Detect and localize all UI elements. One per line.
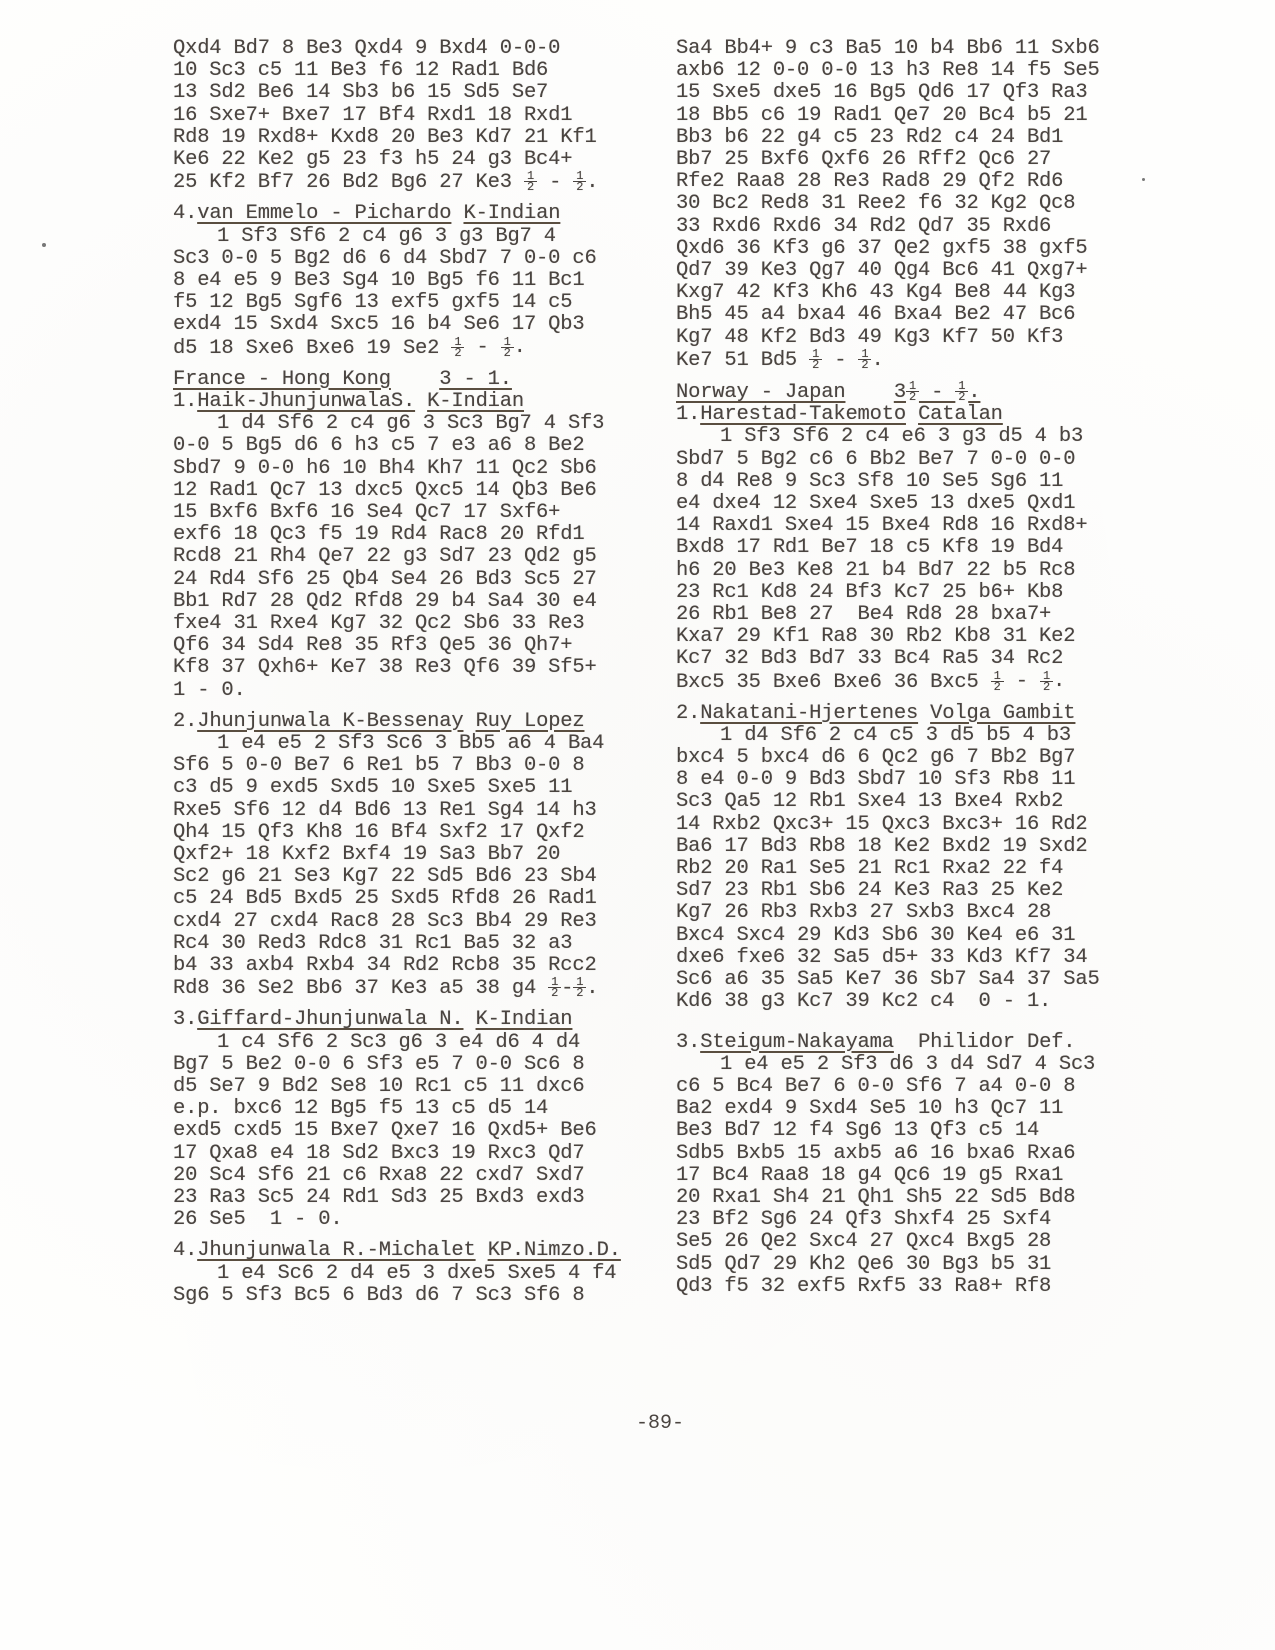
moves-text: exd4 15 Sxd4 Sxc5 16 b4 Se6 17 Qb3 <box>173 313 584 336</box>
moves-line: 14 Raxd1 Sxe4 15 Bxe4 Rd8 16 Rxd8+ <box>676 515 1146 537</box>
moves-line: 1 Sf3 Sf6 2 c4 g6 3 g3 Bg7 4 <box>173 226 653 248</box>
moves-line: c5 24 Bd5 Bxd5 25 Sxd5 Rfd8 26 Rad1 <box>173 888 653 910</box>
moves-line: d5 Se7 9 Bd2 Se8 10 Rc1 c5 11 dxc6 <box>173 1076 653 1098</box>
moves-line: 20 Rxa1 Sh4 21 Qh1 Sh5 22 Sd5 Bd8 <box>676 1187 1146 1209</box>
moves-line: 17 Qxa8 e4 18 Sd2 Bxc3 19 Rxc3 Qd7 <box>173 1143 653 1165</box>
moves-line: Kd6 38 g3 Kc7 39 Kc2 c4 0 - 1. <box>676 991 1146 1013</box>
moves-line: Rfe2 Raa8 28 Re3 Rad8 29 Qf2 Rd6 <box>676 171 1146 193</box>
moves-line: Qxd4 Bd7 8 Be3 Qxd4 9 Bxd4 0-0-0 <box>173 38 653 60</box>
moves-line: Sbd7 5 Bg2 c6 6 Bb2 Be7 7 0-0 0-0 <box>676 449 1146 471</box>
moves-line: Sf6 5 0-0 Be7 6 Re1 b5 7 Bb3 0-0 8 <box>173 755 653 777</box>
game-number: 2. <box>173 710 197 733</box>
moves-text: exf6 18 Qc3 f5 19 Rd4 Rac8 20 Rfd1 <box>173 523 584 546</box>
game-opening: Philidor Def. <box>918 1031 1075 1054</box>
moves-line: 12 Rad1 Qc7 13 dxc5 Qxc5 14 Qb3 Be6 <box>173 480 653 502</box>
moves-text: Sc2 g6 21 Se3 Kg7 22 Sd5 Bd6 23 Sb4 <box>173 865 597 888</box>
moves-text: 15 Bxf6 Bxf6 16 Se4 Qc7 17 Sxf6+ <box>173 501 560 524</box>
moves-line: exf6 18 Qc3 f5 19 Rd4 Rac8 20 Rfd1 <box>173 524 653 546</box>
moves-text: Se5 26 Qe2 Sxc4 27 Qxc4 Bxg5 28 <box>676 1230 1051 1253</box>
game-players: Steigum-Nakayama <box>700 1031 894 1054</box>
moves-line: 23 Bf2 Sg6 24 Qf3 Shxf4 25 Sxf4 <box>676 1209 1146 1231</box>
moves-line: Sc6 a6 35 Sa5 Ke7 36 Sb7 Sa4 37 Sa5 <box>676 969 1146 991</box>
game-opening: K-Indian <box>476 1008 573 1031</box>
moves-text: 12 Rad1 Qc7 13 dxc5 Qxc5 14 Qb3 Be6 <box>173 479 597 502</box>
moves-line: 24 Rd4 Sf6 25 Qb4 Se4 26 Bd3 Sc5 27 <box>173 569 653 591</box>
moves-text: 1 c4 Sf6 2 Sc3 g6 3 e4 d6 4 d4 <box>217 1031 580 1054</box>
moves-line: Sbd7 9 0-0 h6 10 Bh4 Kh7 11 Qc2 Sb6 <box>173 458 653 480</box>
moves-text: Rd8 19 Rxd8+ Kxd8 20 Be3 Kd7 21 Kf1 <box>173 126 597 149</box>
moves-text: Ba2 exd4 9 Sxd4 Se5 10 h3 Qc7 11 <box>676 1097 1063 1120</box>
moves-line: Ba2 exd4 9 Sxd4 Se5 10 h3 Qc7 11 <box>676 1098 1146 1120</box>
moves-line: Rd8 19 Rxd8+ Kxd8 20 Be3 Kd7 21 Kf1 <box>173 127 653 149</box>
moves-line: Bb3 b6 22 g4 c5 23 Rd2 c4 24 Bd1 <box>676 127 1146 149</box>
moves-text: 15 Sxe5 dxe5 16 Bg5 Qd6 17 Qf3 Ra3 <box>676 81 1087 104</box>
moves-line: 1 d4 Sf6 2 c4 c5 3 d5 b5 4 b3 <box>676 725 1146 747</box>
moves-text: bxc4 5 bxc4 d6 6 Qc2 g6 7 Bb2 Bg7 <box>676 746 1075 769</box>
match-heading: Norway - Japan 312 - 12. <box>676 381 1146 404</box>
moves-text: Rxe5 Sf6 12 d4 Bd6 13 Re1 Sg4 14 h3 <box>173 799 597 822</box>
game-players: Jhunjunwala K-Bessenay <box>197 710 463 733</box>
moves-text: 24 Rd4 Sf6 25 Qb4 Se4 26 Bd3 Sc5 27 <box>173 568 597 591</box>
moves-line: 17 Bc4 Raa8 18 g4 Qc6 19 g5 Rxa1 <box>676 1165 1146 1187</box>
moves-text: 23 Ra3 Sc5 24 Rd1 Sd3 25 Bxd3 exd3 <box>173 1186 584 1209</box>
half-fraction: 12 <box>809 349 822 370</box>
moves-line: 14 Rxb2 Qxc3+ 15 Qxc3 Bxc3+ 16 Rd2 <box>676 814 1146 836</box>
moves-line: cxd4 27 cxd4 Rac8 28 Sc3 Bb4 29 Re3 <box>173 911 653 933</box>
moves-text: Qxd6 36 Kf3 g6 37 Qe2 gxf5 38 gxf5 <box>676 237 1087 260</box>
moves-text: Rfe2 Raa8 28 Re3 Rad8 29 Qf2 Rd6 <box>676 170 1063 193</box>
moves-text: Sbd7 9 0-0 h6 10 Bh4 Kh7 11 Qc2 Sb6 <box>173 457 597 480</box>
moves-line: 1 e4 Sc6 2 d4 e5 3 dxe5 Sxe5 4 f4 <box>173 1263 653 1285</box>
moves-line: Rb2 20 Ra1 Se5 21 Rc1 Rxa2 22 f4 <box>676 858 1146 880</box>
scan-speck <box>1142 178 1145 181</box>
moves-text: Bxc5 35 Bxe6 Bxe6 36 Bxc5 <box>676 670 991 693</box>
moves-text: Bxd8 17 Rd1 Be7 18 c5 Kf8 19 Bd4 <box>676 536 1063 559</box>
moves-line: Sdb5 Bxb5 15 axb5 a6 16 bxa6 Rxa6 <box>676 1143 1146 1165</box>
moves-text: 1 e4 e5 2 Sf3 Sc6 3 Bb5 a6 4 Ba4 <box>217 732 604 755</box>
moves-line: Sc3 Qa5 12 Rb1 Sxe4 13 Bxe4 Rxb2 <box>676 791 1146 813</box>
moves-text: fxe4 31 Rxe4 Kg7 32 Qc2 Sb6 33 Re3 <box>173 612 584 635</box>
moves-text: 26 Rb1 Be8 27 Be4 Rd8 28 bxa7+ <box>676 603 1051 626</box>
moves-text: Sc3 0-0 5 Bg2 d6 6 d4 Sbd7 7 0-0 c6 <box>173 247 597 270</box>
moves-text: c3 d5 9 exd5 Sxd5 10 Sxe5 Sxe5 11 <box>173 776 572 799</box>
moves-text: Ke6 22 Ke2 g5 23 f3 h5 24 g3 Bc4+ <box>173 148 572 171</box>
moves-line: Qxd6 36 Kf3 g6 37 Qe2 gxf5 38 gxf5 <box>676 238 1146 260</box>
moves-text: 1 e4 e5 2 Sf3 d6 3 d4 Sd7 4 Sc3 <box>720 1053 1095 1076</box>
moves-text: 33 Rxd6 Rxd6 34 Rd2 Qd7 35 Rxd6 <box>676 215 1051 238</box>
game-opening: K-Indian <box>427 390 524 413</box>
moves-text: exd5 cxd5 15 Bxe7 Qxe7 16 Qxd5+ Be6 <box>173 1119 597 1142</box>
moves-line: Rd8 36 Se2 Bb6 37 Ke3 a5 38 g4 12-12. <box>173 977 653 1000</box>
moves-text: Rcd8 21 Rh4 Qe7 22 g3 Sd7 23 Qd2 g5 <box>173 545 597 568</box>
moves-text: Sg6 5 Sf3 Bc5 6 Bd3 d6 7 Sc3 Sf6 8 <box>173 1284 584 1307</box>
moves-text: Sd5 Qd7 29 Kh2 Qe6 30 Bg3 b5 31 <box>676 1253 1051 1276</box>
moves-text: Bh5 45 a4 bxa4 46 Bxa4 Be2 47 Bc6 <box>676 303 1075 326</box>
moves-line: Ke6 22 Ke2 g5 23 f3 h5 24 g3 Bc4+ <box>173 149 653 171</box>
moves-line: Qd7 39 Ke3 Qg7 40 Qg4 Bc6 41 Qxg7+ <box>676 260 1146 282</box>
game-opening: Catalan <box>918 403 1003 426</box>
game-heading: 1.Haik-JhunjunwalaS. K-Indian <box>173 391 653 413</box>
moves-text: h6 20 Be3 Ke8 21 b4 Bd7 22 b5 Rc8 <box>676 559 1075 582</box>
moves-text: Bb1 Rd7 28 Qd2 Rfd8 29 b4 Sa4 30 e4 <box>173 590 597 613</box>
game-heading: 1.Harestad-Takemoto Catalan <box>676 404 1146 426</box>
spacer <box>676 1014 1146 1023</box>
moves-text: Sdb5 Bxb5 15 axb5 a6 16 bxa6 Rxa6 <box>676 1142 1075 1165</box>
moves-line: dxe6 fxe6 32 Sa5 d5+ 33 Kd3 Kf7 34 <box>676 947 1146 969</box>
half-fraction: 12 <box>524 171 537 192</box>
moves-line: 0-0 5 Bg5 d6 6 h3 c5 7 e3 a6 8 Be2 <box>173 435 653 457</box>
match-teams: France - Hong Kong <box>173 368 391 391</box>
moves-text: Kf8 37 Qxh6+ Ke7 38 Re3 Qf6 39 Sf5+ <box>173 656 597 679</box>
game-number: 1. <box>676 403 700 426</box>
moves-text: Bxc4 Sxc4 29 Kd3 Sb6 30 Ke4 e6 31 <box>676 924 1075 947</box>
moves-line: exd5 cxd5 15 Bxe7 Qxe7 16 Qxd5+ Be6 <box>173 1120 653 1142</box>
moves-line: 33 Rxd6 Rxd6 34 Rd2 Qd7 35 Rxd6 <box>676 216 1146 238</box>
half-fraction: 12 <box>573 171 586 192</box>
moves-text: Ke7 51 Bd5 <box>676 349 809 372</box>
moves-text: f5 12 Bg5 Sgf6 13 exf5 gxf5 14 c5 <box>173 291 572 314</box>
moves-text: 0-0 5 Bg5 d6 6 h3 c5 7 e3 a6 8 Be2 <box>173 434 584 457</box>
right-column: Sa4 Bb4+ 9 c3 Ba5 10 b4 Bb6 11 Sxb6axb6 … <box>676 38 1146 1298</box>
moves-text: 23 Rc1 Kd8 24 Bf3 Kc7 25 b6+ Kb8 <box>676 581 1063 604</box>
moves-line: Bb1 Rd7 28 Qd2 Rfd8 29 b4 Sa4 30 e4 <box>173 591 653 613</box>
moves-text: Kxa7 29 Kf1 Ra8 30 Rb2 Kb8 31 Ke2 <box>676 625 1075 648</box>
moves-text: Bg7 5 Be2 0-0 6 Sf3 e5 7 0-0 Sc6 8 <box>173 1053 584 1076</box>
moves-text: e.p. bxc6 12 Bg5 f5 13 c5 d5 14 <box>173 1097 548 1120</box>
moves-line: 1 d4 Sf6 2 c4 g6 3 Sc3 Bg7 4 Sf3 <box>173 413 653 435</box>
moves-text: 18 Bb5 c6 19 Rad1 Qe7 20 Bc4 b5 21 <box>676 104 1087 127</box>
moves-text: Kg7 48 Kf2 Bd3 49 Kg3 Kf7 50 Kf3 <box>676 326 1063 349</box>
half-fraction: 12 <box>451 337 464 358</box>
game-result: 12 - 12. <box>451 336 525 359</box>
left-column: Qxd4 Bd7 8 Be3 Qxd4 9 Bxd4 0-0-010 Sc3 c… <box>173 38 653 1307</box>
moves-line: Kxa7 29 Kf1 Ra8 30 Rb2 Kb8 31 Ke2 <box>676 626 1146 648</box>
game-opening: KP.Nimzo.D. <box>488 1239 621 1262</box>
moves-text: 25 Kf2 Bf7 26 Bd2 Bg6 27 Ke3 <box>173 171 524 194</box>
game-number: 4. <box>173 1239 197 1262</box>
moves-text: 20 Sc4 Sf6 21 c6 Rxa8 22 cxd7 Sxd7 <box>173 1164 584 1187</box>
moves-text: 1 d4 Sf6 2 c4 c5 3 d5 b5 4 b3 <box>720 724 1071 747</box>
game-heading: 3.Steigum-Nakayama Philidor Def. <box>676 1032 1146 1054</box>
moves-text: Kg7 26 Rb3 Rxb3 27 Sxb3 Bxc4 28 <box>676 901 1051 924</box>
moves-line: Sg6 5 Sf3 Bc5 6 Bd3 d6 7 Sc3 Sf6 8 <box>173 1285 653 1307</box>
moves-line: Se5 26 Qe2 Sxc4 27 Qxc4 Bxg5 28 <box>676 1231 1146 1253</box>
moves-line: 1 e4 e5 2 Sf3 d6 3 d4 Sd7 4 Sc3 <box>676 1054 1146 1076</box>
moves-text: 23 Bf2 Sg6 24 Qf3 Shxf4 25 Sxf4 <box>676 1208 1051 1231</box>
game-number: 4. <box>173 202 197 225</box>
moves-text: Ba6 17 Bd3 Rb8 18 Ke2 Bxd2 19 Sxd2 <box>676 835 1087 858</box>
moves-line: Sc3 0-0 5 Bg2 d6 6 d4 Sbd7 7 0-0 c6 <box>173 248 653 270</box>
moves-line: Bb7 25 Bxf6 Qxf6 26 Rff2 Qc6 27 <box>676 149 1146 171</box>
moves-line: Kxg7 42 Kf3 Kh6 43 Kg4 Be8 44 Kg3 <box>676 282 1146 304</box>
moves-line: bxc4 5 bxc4 d6 6 Qc2 g6 7 Bb2 Bg7 <box>676 747 1146 769</box>
half-fraction: 12 <box>548 977 561 998</box>
moves-line: Kg7 48 Kf2 Bd3 49 Kg3 Kf7 50 Kf3 <box>676 327 1146 349</box>
game-heading: 2.Jhunjunwala K-Bessenay Ruy Lopez <box>173 711 653 733</box>
scan-speck <box>42 243 46 247</box>
moves-text: Be3 Bd7 12 f4 Sg6 13 Qf3 c5 14 <box>676 1119 1039 1142</box>
half-fraction: 12 <box>858 349 871 370</box>
moves-line: axb6 12 0-0 0-0 13 h3 Re8 14 f5 Se5 <box>676 60 1146 82</box>
half-fraction: 12 <box>991 671 1004 692</box>
moves-line: Qh4 15 Qf3 Kh8 16 Bf4 Sxf2 17 Qxf2 <box>173 822 653 844</box>
game-number: 1. <box>173 390 197 413</box>
moves-text: Sc3 Qa5 12 Rb1 Sxe4 13 Bxe4 Rxb2 <box>676 790 1063 813</box>
moves-line: fxe4 31 Rxe4 Kg7 32 Qc2 Sb6 33 Re3 <box>173 613 653 635</box>
moves-text: Kc7 32 Bd3 Bd7 33 Bc4 Ra5 34 Rc2 <box>676 647 1063 670</box>
moves-line: Rc4 30 Red3 Rdc8 31 Rc1 Ba5 32 a3 <box>173 933 653 955</box>
moves-line: e.p. bxc6 12 Bg5 f5 13 c5 d5 14 <box>173 1098 653 1120</box>
moves-line: 16 Sxe7+ Bxe7 17 Bf4 Rxd1 18 Rxd1 <box>173 105 653 127</box>
moves-text: 17 Bc4 Raa8 18 g4 Qc6 19 g5 Rxa1 <box>676 1164 1063 1187</box>
moves-text: c6 5 Bc4 Be7 6 0-0 Sf6 7 a4 0-0 8 <box>676 1075 1075 1098</box>
moves-line: 20 Sc4 Sf6 21 c6 Rxa8 22 cxd7 Sxd7 <box>173 1165 653 1187</box>
moves-text: 8 e4 e5 9 Be3 Sg4 10 Bg5 f6 11 Bc1 <box>173 269 584 292</box>
moves-line: Qxf2+ 18 Kxf2 Bxf4 19 Sa3 Bb7 20 <box>173 844 653 866</box>
moves-line: d5 18 Sxe6 Bxe6 19 Se2 12 - 12. <box>173 337 653 360</box>
half-fraction: 12 <box>1040 671 1053 692</box>
moves-line: 1 c4 Sf6 2 Sc3 g6 3 e4 d6 4 d4 <box>173 1032 653 1054</box>
game-players: Harestad-Takemoto <box>700 403 906 426</box>
moves-line: Qf6 34 Sd4 Re8 35 Rf3 Qe5 36 Qh7+ <box>173 635 653 657</box>
moves-text: 14 Rxb2 Qxc3+ 15 Qxc3 Bxc3+ 16 Rd2 <box>676 813 1087 836</box>
half-fraction: 12 <box>573 977 586 998</box>
moves-line: exd4 15 Sxd4 Sxc5 16 b4 Se6 17 Qb3 <box>173 314 653 336</box>
moves-line: Sd7 23 Rb1 Sb6 24 Ke3 Ra3 25 Ke2 <box>676 880 1146 902</box>
game-number: 3. <box>676 1031 700 1054</box>
moves-line: c3 d5 9 exd5 Sxd5 10 Sxe5 Sxe5 11 <box>173 777 653 799</box>
moves-text: Qd3 f5 32 exf5 Rxf5 33 Ra8+ Rf8 <box>676 1275 1051 1298</box>
moves-line: Sa4 Bb4+ 9 c3 Ba5 10 b4 Bb6 11 Sxb6 <box>676 38 1146 60</box>
moves-text: Sd7 23 Rb1 Sb6 24 Ke3 Ra3 25 Ke2 <box>676 879 1063 902</box>
moves-text: Qxf2+ 18 Kxf2 Bxf4 19 Sa3 Bb7 20 <box>173 843 560 866</box>
moves-text: 26 Se5 1 - 0. <box>173 1208 342 1231</box>
moves-line: Ke7 51 Bd5 12 - 12. <box>676 349 1146 372</box>
moves-text: axb6 12 0-0 0-0 13 h3 Re8 14 f5 Se5 <box>676 59 1100 82</box>
moves-text: 13 Sd2 Be6 14 Sb3 b6 15 Sd5 Se7 <box>173 81 548 104</box>
game-heading: 2.Nakatani-Hjertenes Volga Gambit <box>676 703 1146 725</box>
moves-text: Kd6 38 g3 Kc7 39 Kc2 c4 0 - 1. <box>676 990 1051 1013</box>
moves-line: Bxc5 35 Bxe6 Bxe6 36 Bxc5 12 - 12. <box>676 671 1146 694</box>
moves-text: Sc6 a6 35 Sa5 Ke7 36 Sb7 Sa4 37 Sa5 <box>676 968 1100 991</box>
match-teams: Norway - Japan <box>676 381 845 404</box>
game-players: Nakatani-Hjertenes <box>700 702 918 725</box>
moves-line: 23 Rc1 Kd8 24 Bf3 Kc7 25 b6+ Kb8 <box>676 582 1146 604</box>
moves-text: Sbd7 5 Bg2 c6 6 Bb2 Be7 7 0-0 0-0 <box>676 448 1075 471</box>
moves-text: e4 dxe4 12 Sxe4 Sxe5 13 dxe5 Qxd1 <box>676 492 1075 515</box>
moves-text: 17 Qxa8 e4 18 Sd2 Bxc3 19 Rxc3 Qd7 <box>173 1142 584 1165</box>
moves-text: 1 Sf3 Sf6 2 c4 g6 3 g3 Bg7 4 <box>217 225 556 248</box>
moves-text: 1 e4 Sc6 2 d4 e5 3 dxe5 Sxe5 4 f4 <box>217 1262 616 1285</box>
game-result: 12-12. <box>548 977 598 1000</box>
moves-line: Rcd8 21 Rh4 Qe7 22 g3 Sd7 23 Qd2 g5 <box>173 546 653 568</box>
moves-line: Bh5 45 a4 bxa4 46 Bxa4 Be2 47 Bc6 <box>676 304 1146 326</box>
moves-line: Kc7 32 Bd3 Bd7 33 Bc4 Ra5 34 Rc2 <box>676 648 1146 670</box>
moves-line: 15 Sxe5 dxe5 16 Bg5 Qd6 17 Qf3 Ra3 <box>676 82 1146 104</box>
moves-text: Rd8 36 Se2 Bb6 37 Ke3 a5 38 g4 <box>173 977 548 1000</box>
moves-line: Bxd8 17 Rd1 Be7 18 c5 Kf8 19 Bd4 <box>676 537 1146 559</box>
game-players: van Emmelo - Pichardo <box>197 202 451 225</box>
moves-text: 30 Bc2 Red8 31 Ree2 f6 32 Kg2 Qc8 <box>676 192 1075 215</box>
moves-line: b4 33 axb4 Rxb4 34 Rd2 Rcb8 35 Rcc2 <box>173 955 653 977</box>
moves-text: Bb7 25 Bxf6 Qxf6 26 Rff2 Qc6 27 <box>676 148 1051 171</box>
moves-line: Ba6 17 Bd3 Rb8 18 Ke2 Bxd2 19 Sxd2 <box>676 836 1146 858</box>
half-fraction: 12 <box>501 337 514 358</box>
moves-line: 15 Bxf6 Bxf6 16 Se4 Qc7 17 Sxf6+ <box>173 502 653 524</box>
moves-text: d5 18 Sxe6 Bxe6 19 Se2 <box>173 336 451 359</box>
game-opening: Volga Gambit <box>930 702 1075 725</box>
moves-line: 8 e4 0-0 9 Bd3 Sbd7 10 Sf3 Rb8 11 <box>676 769 1146 791</box>
moves-text: d5 Se7 9 Bd2 Se8 10 Rc1 c5 11 dxc6 <box>173 1075 584 1098</box>
moves-text: Qxd4 Bd7 8 Be3 Qxd4 9 Bxd4 0-0-0 <box>173 37 560 60</box>
moves-text: dxe6 fxe6 32 Sa5 d5+ 33 Kd3 Kf7 34 <box>676 946 1087 969</box>
moves-text: Kxg7 42 Kf3 Kh6 43 Kg4 Be8 44 Kg3 <box>676 281 1075 304</box>
half-fraction: 12 <box>955 381 968 402</box>
moves-text: Sa4 Bb4+ 9 c3 Ba5 10 b4 Bb6 11 Sxb6 <box>676 37 1100 60</box>
game-players: Jhunjunwala R.-Michalet <box>197 1239 475 1262</box>
game-result: 12 - 12. <box>524 171 598 194</box>
moves-text: 1 d4 Sf6 2 c4 g6 3 Sc3 Bg7 4 Sf3 <box>217 412 604 435</box>
moves-line: 8 d4 Re8 9 Sc3 Sf8 10 Se5 Sg6 11 <box>676 471 1146 493</box>
moves-text: 8 e4 0-0 9 Bd3 Sbd7 10 Sf3 Rb8 11 <box>676 768 1075 791</box>
game-result: 12 - 12. <box>809 349 883 372</box>
game-number: 2. <box>676 702 700 725</box>
moves-line: Sc2 g6 21 Se3 Kg7 22 Sd5 Bd6 23 Sb4 <box>173 866 653 888</box>
moves-text: cxd4 27 cxd4 Rac8 28 Sc3 Bb4 29 Re3 <box>173 910 597 933</box>
moves-line: Kf8 37 Qxh6+ Ke7 38 Re3 Qf6 39 Sf5+ <box>173 657 653 679</box>
moves-text: b4 33 axb4 Rxb4 34 Rd2 Rcb8 35 Rcc2 <box>173 954 597 977</box>
moves-text: Qh4 15 Qf3 Kh8 16 Bf4 Sxf2 17 Qxf2 <box>173 821 584 844</box>
moves-line: 8 e4 e5 9 Be3 Sg4 10 Bg5 f6 11 Bc1 <box>173 270 653 292</box>
moves-text: 10 Sc3 c5 11 Be3 f6 12 Rad1 Bd6 <box>173 59 548 82</box>
moves-text: 16 Sxe7+ Bxe7 17 Bf4 Rxd1 18 Rxd1 <box>173 104 572 127</box>
match-score: 312 - 12. <box>894 381 981 404</box>
moves-line: 10 Sc3 c5 11 Be3 f6 12 Rad1 Bd6 <box>173 60 653 82</box>
moves-text: Bb3 b6 22 g4 c5 23 Rd2 c4 24 Bd1 <box>676 126 1063 149</box>
moves-line: c6 5 Bc4 Be7 6 0-0 Sf6 7 a4 0-0 8 <box>676 1076 1146 1098</box>
game-heading: 4.van Emmelo - Pichardo K-Indian <box>173 203 653 225</box>
moves-line: 26 Rb1 Be8 27 Be4 Rd8 28 bxa7+ <box>676 604 1146 626</box>
game-heading: 4.Jhunjunwala R.-Michalet KP.Nimzo.D. <box>173 1240 653 1262</box>
moves-text: 20 Rxa1 Sh4 21 Qh1 Sh5 22 Sd5 Bd8 <box>676 1186 1075 1209</box>
moves-text: 14 Raxd1 Sxe4 15 Bxe4 Rd8 16 Rxd8+ <box>676 514 1087 537</box>
game-opening: Ruy Lopez <box>476 710 585 733</box>
moves-line: 1 Sf3 Sf6 2 c4 e6 3 g3 d5 4 b3 <box>676 426 1146 448</box>
match-score: 3 - 1. <box>439 368 512 391</box>
moves-line: 26 Se5 1 - 0. <box>173 1209 653 1231</box>
moves-line: Bg7 5 Be2 0-0 6 Sf3 e5 7 0-0 Sc6 8 <box>173 1054 653 1076</box>
moves-line: 1 e4 e5 2 Sf3 Sc6 3 Bb5 a6 4 Ba4 <box>173 733 653 755</box>
moves-line: Bxc4 Sxc4 29 Kd3 Sb6 30 Ke4 e6 31 <box>676 925 1146 947</box>
moves-text: c5 24 Bd5 Bxd5 25 Sxd5 Rfd8 26 Rad1 <box>173 887 597 910</box>
moves-line: Qd3 f5 32 exf5 Rxf5 33 Ra8+ Rf8 <box>676 1276 1146 1298</box>
moves-line: Be3 Bd7 12 f4 Sg6 13 Qf3 c5 14 <box>676 1120 1146 1142</box>
moves-line: 23 Ra3 Sc5 24 Rd1 Sd3 25 Bxd3 exd3 <box>173 1187 653 1209</box>
moves-line: f5 12 Bg5 Sgf6 13 exf5 gxf5 14 c5 <box>173 292 653 314</box>
moves-line: h6 20 Be3 Ke8 21 b4 Bd7 22 b5 Rc8 <box>676 560 1146 582</box>
moves-text: Rb2 20 Ra1 Se5 21 Rc1 Rxa2 22 f4 <box>676 857 1063 880</box>
moves-text: Qd7 39 Ke3 Qg7 40 Qg4 Bc6 41 Qxg7+ <box>676 259 1087 282</box>
moves-line: Rxe5 Sf6 12 d4 Bd6 13 Re1 Sg4 14 h3 <box>173 800 653 822</box>
moves-text: Qf6 34 Sd4 Re8 35 Rf3 Qe5 36 Qh7+ <box>173 634 572 657</box>
moves-text: Sf6 5 0-0 Be7 6 Re1 b5 7 Bb3 0-0 8 <box>173 754 584 777</box>
game-number: 3. <box>173 1008 197 1031</box>
moves-line: Sd5 Qd7 29 Kh2 Qe6 30 Bg3 b5 31 <box>676 1254 1146 1276</box>
moves-text: 8 d4 Re8 9 Sc3 Sf8 10 Se5 Sg6 11 <box>676 470 1063 493</box>
half-fraction: 12 <box>906 381 919 402</box>
moves-line: 1 - 0. <box>173 680 653 702</box>
game-result: 12 - 12. <box>991 670 1065 693</box>
moves-text: 1 Sf3 Sf6 2 c4 e6 3 g3 d5 4 b3 <box>720 425 1083 448</box>
game-opening: K-Indian <box>463 202 560 225</box>
moves-line: Kg7 26 Rb3 Rxb3 27 Sxb3 Bxc4 28 <box>676 902 1146 924</box>
moves-line: 18 Bb5 c6 19 Rad1 Qe7 20 Bc4 b5 21 <box>676 105 1146 127</box>
game-players: Haik-JhunjunwalaS. <box>197 390 415 413</box>
moves-line: 13 Sd2 Be6 14 Sb3 b6 15 Sd5 Se7 <box>173 82 653 104</box>
moves-line: 30 Bc2 Red8 31 Ree2 f6 32 Kg2 Qc8 <box>676 193 1146 215</box>
game-heading: 3.Giffard-Jhunjunwala N. K-Indian <box>173 1009 653 1031</box>
scanned-page: Qxd4 Bd7 8 Be3 Qxd4 9 Bxd4 0-0-010 Sc3 c… <box>0 0 1275 1650</box>
moves-text: Rc4 30 Red3 Rdc8 31 Rc1 Ba5 32 a3 <box>173 932 572 955</box>
match-heading: France - Hong Kong 3 - 1. <box>173 369 653 391</box>
game-players: Giffard-Jhunjunwala N. <box>197 1008 463 1031</box>
page-number: -89- <box>636 1412 684 1435</box>
moves-line: 25 Kf2 Bf7 26 Bd2 Bg6 27 Ke3 12 - 12. <box>173 171 653 194</box>
moves-line: e4 dxe4 12 Sxe4 Sxe5 13 dxe5 Qxd1 <box>676 493 1146 515</box>
moves-text: 1 - 0. <box>173 679 246 702</box>
